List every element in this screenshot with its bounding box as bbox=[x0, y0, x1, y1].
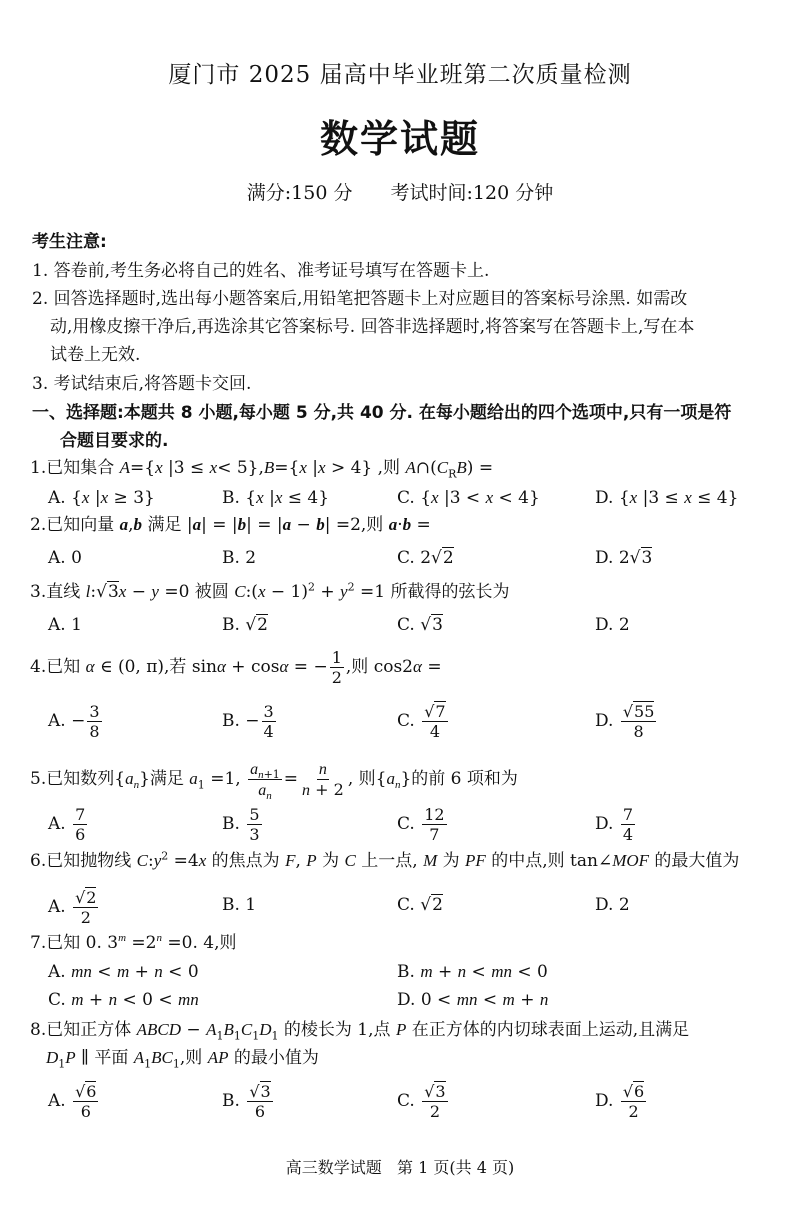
notice-item-2-cont: 动,用橡皮擦干净后,再选涂其它答案标号. 回答非选择题时,将答案写在答题卡上,写… bbox=[50, 317, 694, 337]
footer-page-number: 第 1 页(共 4 页) bbox=[397, 1158, 514, 1177]
question-3-stem: 3.直线 l:√3x − y =0 被圆 C:(x − 1)2 + y2 =1 … bbox=[30, 582, 509, 602]
question-2-stem: 2.已知向量 a,b 满足 |a| = |b| = |a − b| =2,则 a… bbox=[30, 515, 431, 535]
question-8-option-c: C. √32 bbox=[397, 1082, 450, 1121]
question-2-option-c: C. 2√2 bbox=[397, 548, 454, 568]
question-2-option-b: B. 2 bbox=[222, 548, 256, 568]
question-6-option-b: B. 1 bbox=[222, 895, 256, 915]
question-4-option-d: D. √558 bbox=[595, 702, 658, 741]
section-heading: 一、选择题:本题共 8 小题,每小题 5 分,共 40 分. 在每小题给出的四个… bbox=[32, 403, 731, 423]
question-1-option-a: A. {x |x ≥ 3} bbox=[48, 488, 155, 508]
question-2-option-a: A. 0 bbox=[48, 548, 82, 568]
question-4-stem: 4.已知 α ∈ (0, π),若 sinα + cosα = −12,则 co… bbox=[30, 648, 442, 687]
question-8-option-a: A. √66 bbox=[48, 1082, 100, 1121]
question-5-stem: 5.已知数列{an}满足 a1 =1, an+1an=nn + 2, 则{an}… bbox=[30, 759, 518, 800]
page-footer: 高三数学试题 第 1 页(共 4 页) bbox=[0, 1155, 800, 1178]
question-7-option-a: A. mn < m + n < 0 bbox=[48, 962, 199, 982]
notice-heading: 考生注意: bbox=[32, 232, 107, 252]
question-6-option-a: A. √22 bbox=[48, 888, 100, 927]
notice-item-3: 3. 考试结束后,将答题卡交回. bbox=[32, 374, 251, 394]
footer-label: 高三数学试题 bbox=[286, 1158, 382, 1177]
question-7-stem: 7.已知 0. 3m =2n =0. 4,则 bbox=[30, 933, 237, 953]
exam-title: 厦门市 2025 届高中毕业班第二次质量检测 bbox=[0, 56, 800, 89]
question-3-option-d: D. 2 bbox=[595, 615, 630, 635]
question-1-option-c: C. {x |3 < x < 4} bbox=[397, 488, 540, 508]
notice-item-1: 1. 答卷前,考生务必将自己的姓名、准考证号填写在答题卡上. bbox=[32, 261, 489, 281]
question-5-option-b: B. 53 bbox=[222, 805, 264, 844]
question-8-option-d: D. √62 bbox=[595, 1082, 648, 1121]
notice-item-2-end: 试卷上无效. bbox=[50, 345, 140, 365]
notice-item-2: 2. 回答选择题时,选出每小题答案后,用铅笔把答题卡上对应题目的答案标号涂黑. … bbox=[32, 289, 687, 309]
question-7-option-b: B. m + n < mn < 0 bbox=[397, 962, 548, 982]
question-7-option-d: D. 0 < mn < m + n bbox=[397, 990, 548, 1010]
question-4-option-c: C. √74 bbox=[397, 702, 450, 741]
question-1-stem: 1.已知集合 A={x |3 ≤ x< 5},B={x |x > 4} ,则 A… bbox=[30, 458, 493, 478]
question-6-stem: 6.已知抛物线 C:y2 =4x 的焦点为 F, P 为 C 上一点, M 为 … bbox=[30, 851, 739, 871]
question-3-option-b: B. √2 bbox=[222, 615, 268, 635]
section-heading-cont: 合题目要求的. bbox=[60, 431, 168, 451]
question-8-stem: 8.已知正方体 ABCD − A1B1C1D1 的棱长为 1,点 P 在正方体的… bbox=[30, 1020, 689, 1040]
question-4-option-b: B. −34 bbox=[222, 702, 278, 741]
question-1-option-b: B. {x |x ≤ 4} bbox=[222, 488, 329, 508]
question-8-option-b: B. √36 bbox=[222, 1082, 275, 1121]
question-7-option-c: C. m + n < 0 < mn bbox=[48, 990, 199, 1010]
question-6-option-c: C. √2 bbox=[397, 895, 443, 915]
full-score: 满分:150 分 bbox=[247, 182, 353, 204]
question-8-stem-cont: D1P ∥ 平面 A1BC1,则 AP 的最小值为 bbox=[46, 1048, 319, 1068]
question-3-option-a: A. 1 bbox=[48, 615, 82, 635]
exam-meta: 满分:150 分考试时间:120 分钟 bbox=[0, 178, 800, 205]
question-5-option-d: D. 74 bbox=[595, 805, 637, 844]
subject-title: 数学试题 bbox=[0, 108, 800, 163]
exam-time: 考试时间:120 分钟 bbox=[391, 182, 554, 204]
question-6-option-d: D. 2 bbox=[595, 895, 630, 915]
question-2-option-d: D. 2√3 bbox=[595, 548, 652, 568]
question-5-option-c: C. 127 bbox=[397, 805, 449, 844]
question-3-option-c: C. √3 bbox=[397, 615, 443, 635]
question-1-option-d: D. {x |3 ≤ x ≤ 4} bbox=[595, 488, 738, 508]
question-5-option-a: A. 76 bbox=[48, 805, 89, 844]
question-4-option-a: A. −38 bbox=[48, 702, 104, 741]
